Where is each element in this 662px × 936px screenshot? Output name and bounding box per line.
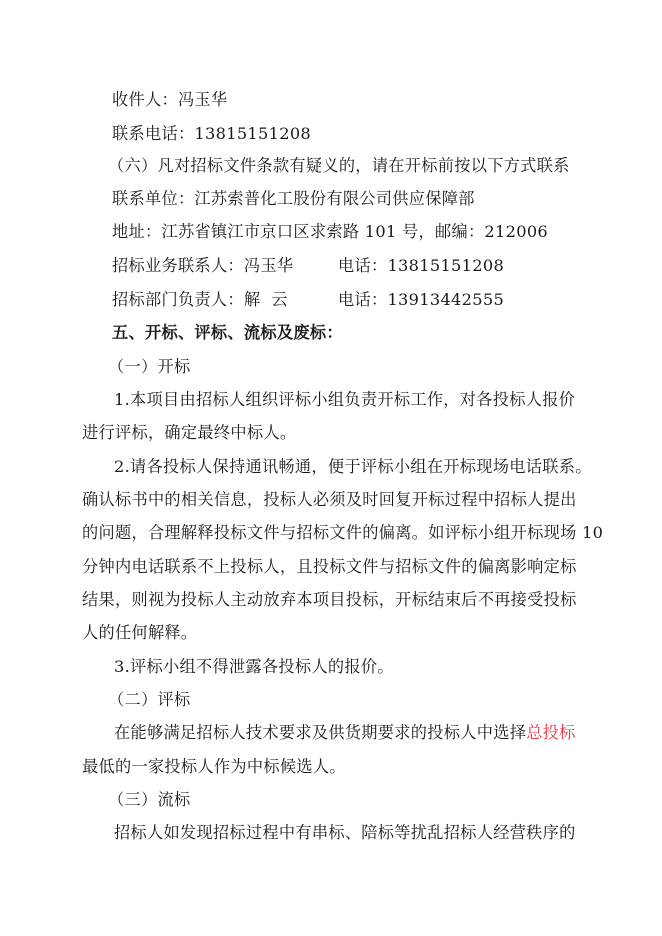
section5-heading: 五、开标、评标、流标及废标：: [112, 323, 343, 343]
evaluation-text: 在能够满足招标人技术要求及供货期要求的投标人中选择: [114, 723, 526, 742]
paragraph-2-line-5: 结果，则视为投标人主动放弃本项目投标，开标结束后不再接受投标: [82, 590, 577, 610]
paragraph-2-line-4: 分钟内电话联系不上投标人，且投标文件与招标文件的偏离影响定标: [82, 557, 577, 577]
highlighted-total-bid: 总投标: [526, 723, 575, 742]
paragraph-1-line-1: 1.本项目由招标人组织评标小组负责开标工作，对各投标人报价: [114, 390, 575, 410]
dept-head-label: 招标部门负责人：解 云: [112, 290, 288, 309]
dept-head-phone: 电话：13913442555: [338, 290, 504, 310]
business-contact-line: 招标业务联系人：冯玉华: [112, 256, 293, 276]
document-page: 收件人：冯玉华 联系电话：13815151208 （六）凡对招标文件条款有疑义的…: [0, 0, 662, 936]
dept-head-line: 招标部门负责人：解 云: [112, 290, 288, 310]
failed-bid-line-1: 招标人如发现招标过程中有串标、陪标等扰乱招标人经营秩序的: [114, 823, 576, 843]
subsection-failed-bid-title: （三）流标: [108, 790, 190, 810]
paragraph-2-line-1: 2.请各投标人保持通讯畅通，便于评标小组在开标现场电话联系。: [114, 457, 592, 477]
evaluation-line-1: 在能够满足招标人技术要求及供货期要求的投标人中选择总投标: [114, 723, 576, 743]
paragraph-2-line-6: 人的任何解释。: [82, 623, 197, 643]
business-contact-phone: 电话：13815151208: [338, 256, 504, 276]
paragraph-2-line-2: 确认标书中的相关信息，投标人必须及时回复开标过程中招标人提出: [82, 490, 577, 510]
subsection-evaluation-title: （二）评标: [108, 690, 190, 710]
subsection-opening-title: （一）开标: [108, 357, 190, 377]
address-line: 地址：江苏省镇江市京口区求索路 101 号，邮编：212006: [112, 222, 548, 242]
contact-unit-line: 联系单位：江苏索普化工股份有限公司供应保障部: [112, 189, 475, 209]
item6-line: （六）凡对招标文件条款有疑义的，请在开标前按以下方式联系: [108, 156, 570, 176]
paragraph-3: 3.评标小组不得泄露各投标人的报价。: [114, 657, 394, 677]
evaluation-line-2: 最低的一家投标人作为中标候选人。: [82, 757, 346, 777]
paragraph-2-line-3: 的问题，合理解释投标文件与招标文件的偏离。如评标小组开标现场 10: [82, 523, 603, 543]
paragraph-1-line-2: 进行评标，确定最终中标人。: [82, 423, 296, 443]
phone-line: 联系电话：13815151208: [112, 124, 311, 144]
business-contact-label: 招标业务联系人：冯玉华: [112, 256, 293, 275]
recipient-line: 收件人：冯玉华: [112, 90, 227, 110]
